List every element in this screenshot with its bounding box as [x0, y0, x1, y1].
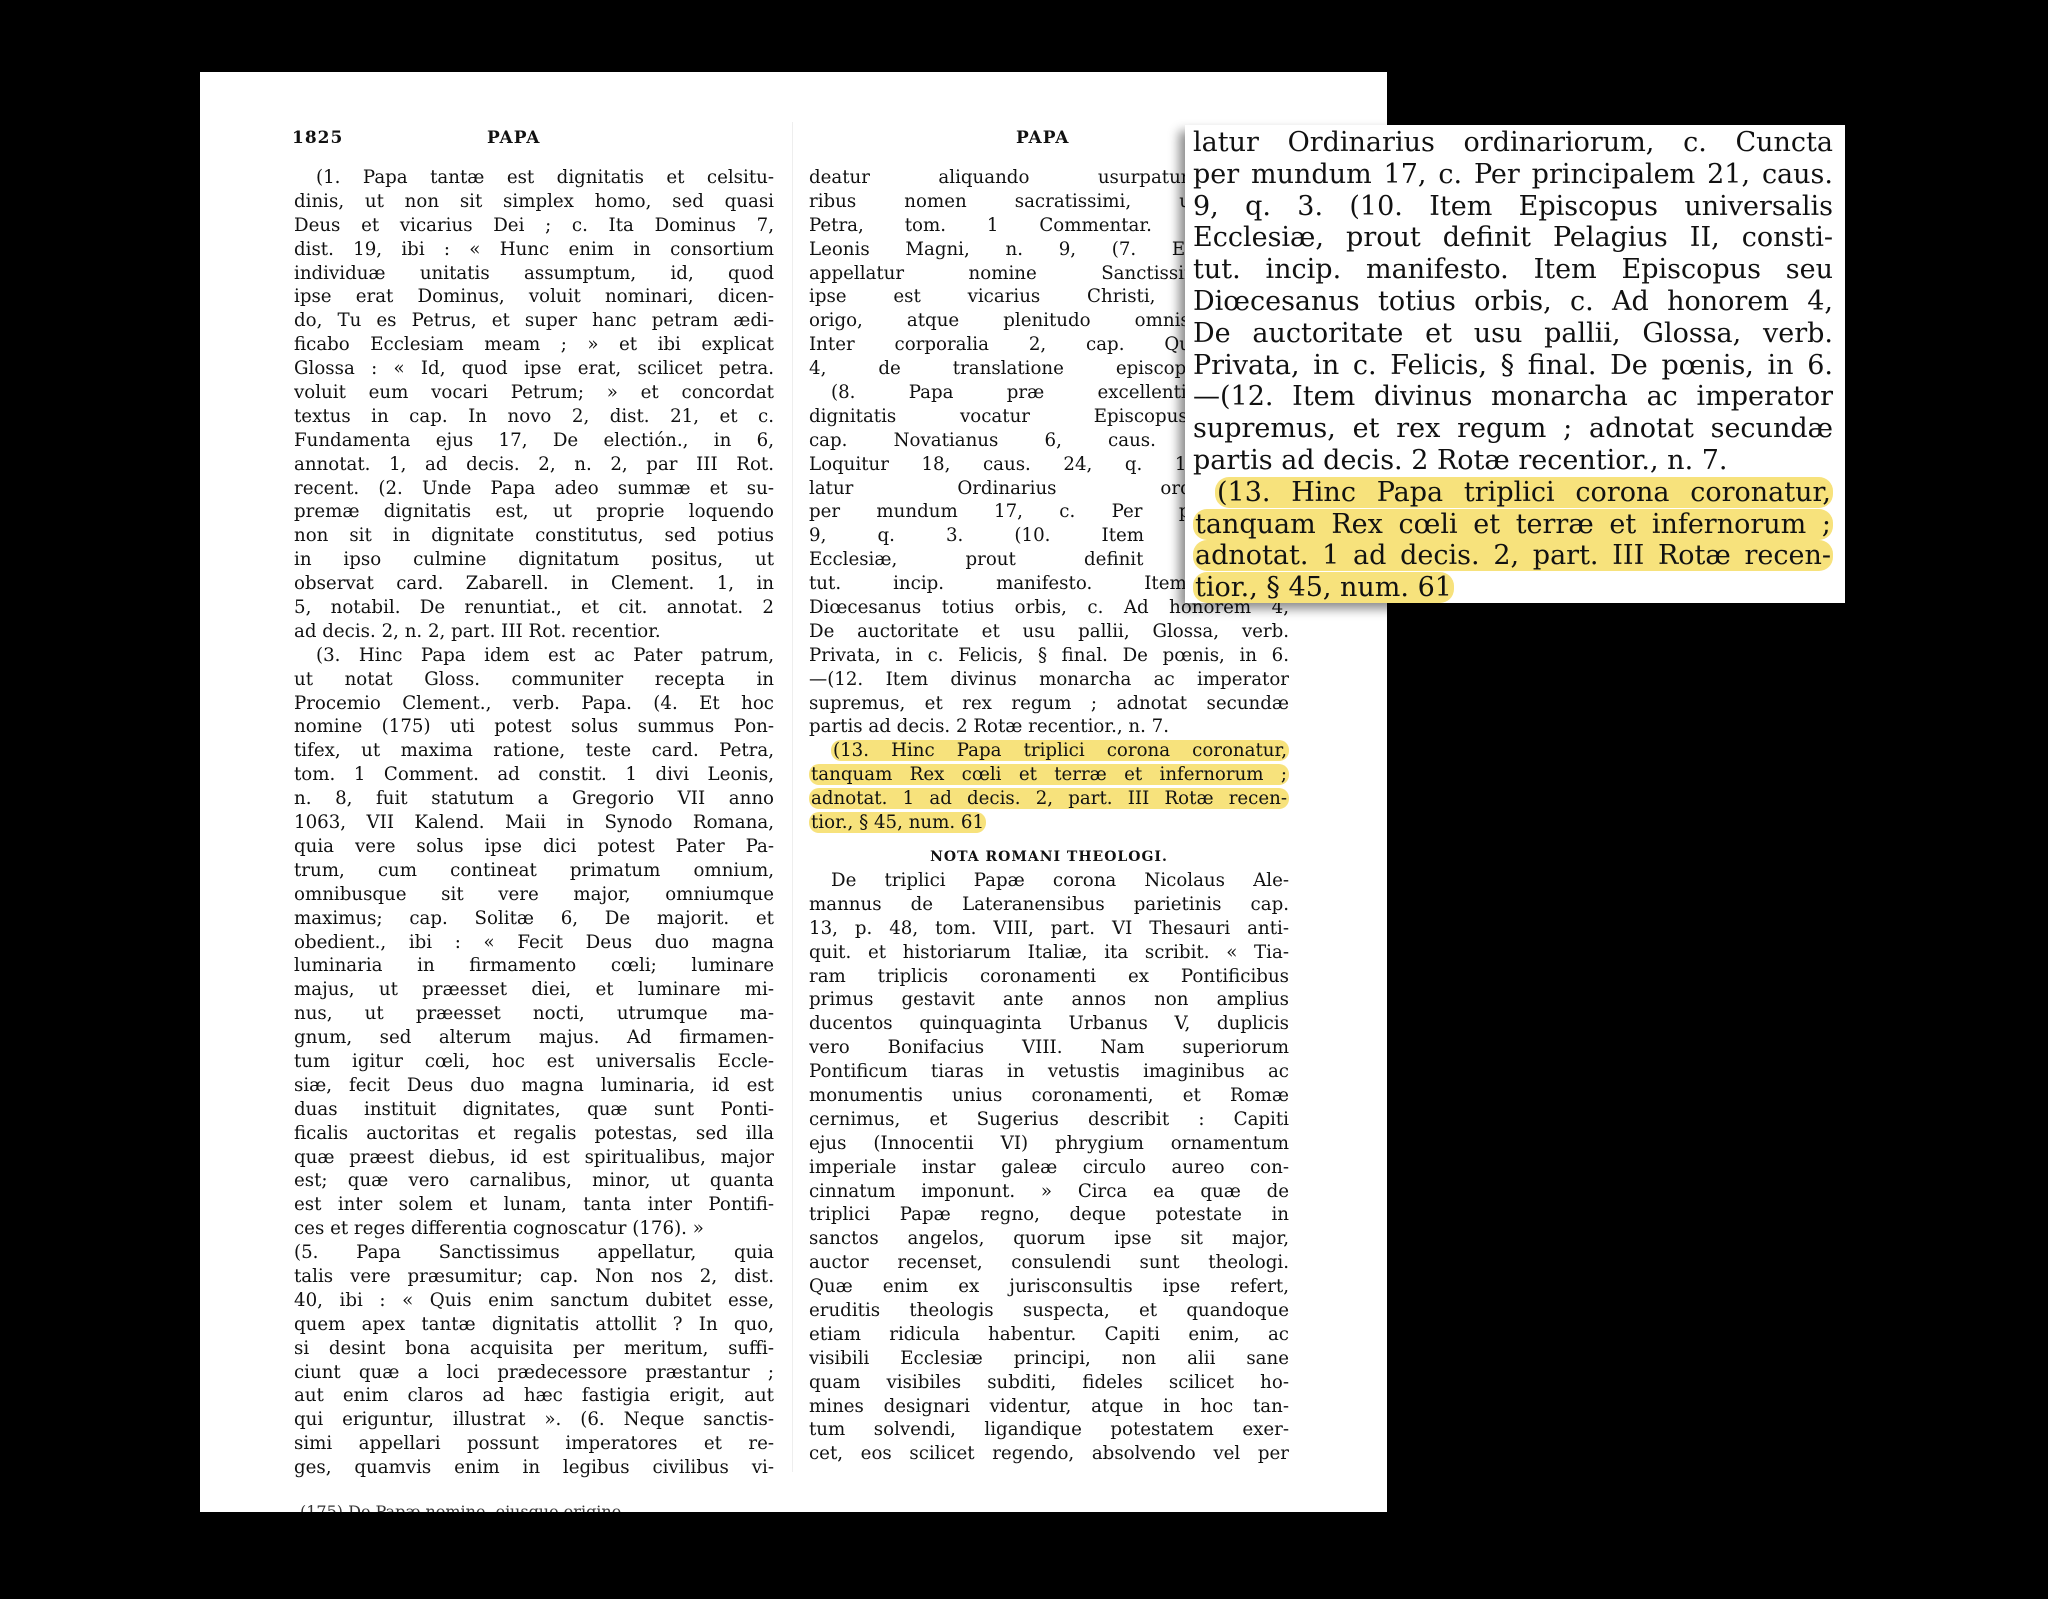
line-text: Privata, in c. Felicis, § final. De pœni… [809, 645, 1289, 666]
left-column-line: qui eriguntur, illustrat ». (6. Neque sa… [294, 1408, 774, 1432]
inset-line: —(12. Item divinus monarcha ac imperator [1193, 381, 1833, 413]
right-column-line: —(12. Item divinus monarcha ac imperator [809, 668, 1289, 692]
left-column-line: siæ, fecit Deus duo magna luminaria, id … [294, 1074, 774, 1098]
inset-line: latur Ordinarius ordinariorum, c. Cuncta [1193, 127, 1833, 159]
left-column-line: nus, ut præesset nocti, utrumque ma- [294, 1002, 774, 1026]
highlighted-text: tanquam Rex cœli et terræ et infernorum … [809, 764, 1289, 785]
left-column-line: recent. (2. Unde Papa adeo summæ et su- [294, 477, 774, 501]
inset-text-lines: latur Ordinarius ordinariorum, c. Cuncta… [1193, 127, 1833, 477]
left-column-line: duas instituit dignitates, quæ sunt Pont… [294, 1098, 774, 1122]
right-column-line: quit. et historiarum Italiæ, ita scribit… [809, 941, 1289, 965]
left-column-line: do, Tu es Petrus, et super hanc petram æ… [294, 309, 774, 333]
left-column-line: dist. 19, ibi : « Hunc enim in consortiu… [294, 238, 774, 262]
left-column-line: quem apex tantæ dignitatis attollit ? In… [294, 1313, 774, 1337]
left-column-line: maximus; cap. Solitæ 6, De majorit. et [294, 907, 774, 931]
left-column-line: annotat. 1, ad decis. 2, n. 2, par III R… [294, 453, 774, 477]
line-text: ces et reges differentia cognoscatur (17… [294, 1218, 704, 1239]
left-column-line: nomine (175) uti potest solus summus Pon… [294, 715, 774, 739]
line-text: sanctos angelos, quorum ipse sit major, [809, 1228, 1289, 1249]
inset-highlighted-passage: (13. Hinc Papa triplici corona coronatur… [1193, 477, 1833, 603]
line-text: ad decis. 2, n. 2, part. III Rot. recent… [294, 621, 661, 642]
line-text: si desint bona acquisita per meritum, su… [294, 1338, 774, 1359]
line-text: nomine (175) uti potest solus summus Pon… [294, 716, 774, 737]
line-text: tum solvendi, ligandique potestatem exer… [809, 1419, 1289, 1440]
section-title: NOTA ROMANI THEOLOGI. [809, 835, 1289, 869]
left-column-line: tom. 1 Comment. ad constit. 1 divi Leoni… [294, 763, 774, 787]
left-column-line: gnum, sed alterum majus. Ad firmamen- [294, 1026, 774, 1050]
left-column-line: est inter solem et lunam, tanta inter Po… [294, 1193, 774, 1217]
line-text: ejus (Innocentii VI) phrygium ornamentum [809, 1133, 1289, 1154]
line-text: aut enim claros ad hæc fastigia erigit, … [294, 1385, 774, 1406]
right-column-line: mines designari videntur, atque in hoc t… [809, 1395, 1289, 1419]
line-text: non sit in dignitate constitutus, sed po… [294, 525, 774, 546]
line-text: ut notat Gloss. communiter recepta in [294, 669, 774, 690]
right-column-line: supremus, et rex regum ; adnotat secundæ [809, 692, 1289, 716]
line-text: dist. 19, ibi : « Hunc enim in consortiu… [294, 239, 774, 260]
right-column-line: etiam ridicula habentur. Capiti enim, ac [809, 1323, 1289, 1347]
line-text: cinnatum imponunt. » Circa ea quæ de [809, 1181, 1289, 1202]
left-column-line: ficabo Ecclesiam meam ; » et ibi explica… [294, 333, 774, 357]
left-column: (1. Papa tantæ est dignitatis et celsitu… [294, 166, 774, 1480]
line-text: est inter solem et lunam, tanta inter Po… [294, 1194, 774, 1215]
left-column-line: est; quæ vero carnalibus, minor, ut quan… [294, 1169, 774, 1193]
inset-line: Ecclesiæ, prout definit Pelagius II, con… [1193, 222, 1833, 254]
line-text: ram triplicis coronamenti ex Pontificibu… [809, 966, 1289, 987]
line-text: supremus, et rex regum ; adnotat secundæ [1193, 413, 1833, 444]
left-column-line: voluit eum vocari Petrum; » et concordat [294, 381, 774, 405]
line-text: partis ad decis. 2 Rotæ recentior., n. 7… [809, 716, 1169, 737]
highlighted-line: (13. Hinc Papa triplici corona coronatur… [809, 739, 1289, 763]
left-column-line: quia vere solus ipse dici potest Pater P… [294, 835, 774, 859]
left-column-line: (3. Hinc Papa idem est ac Pater patrum, [294, 644, 774, 668]
line-text: in ipso culmine dignitatum positus, ut [294, 549, 774, 570]
line-text: simi appellari possunt imperatores et re… [294, 1433, 774, 1454]
highlighted-passage: (13. Hinc Papa triplici corona coronatur… [809, 739, 1289, 835]
inset-highlighted-line: adnotat. 1 ad decis. 2, part. III Rotæ r… [1193, 540, 1833, 572]
left-column-line: Glossa : « Id, quod ipse erat, scilicet … [294, 357, 774, 381]
left-column-line: individuæ unitatis assumptum, id, quod [294, 262, 774, 286]
left-column-line: 1063, VII Kalend. Maii in Synodo Romana, [294, 811, 774, 835]
right-column-line: primus gestavit ante annos non amplius [809, 988, 1289, 1012]
line-text: —(12. Item divinus monarcha ac imperator [809, 669, 1289, 690]
highlighted-line: adnotat. 1 ad decis. 2, part. III Rotæ r… [809, 787, 1289, 811]
line-text: ipse erat Dominus, voluit nominari, dice… [294, 286, 774, 307]
right-column-line: auctor recenset, consulendi sunt theolog… [809, 1251, 1289, 1275]
line-text: ficalis auctoritas et regalis potestas, … [294, 1123, 774, 1144]
right-column-line: De auctoritate et usu pallii, Glossa, ve… [809, 620, 1289, 644]
left-column-line: obedient., ibi : « Fecit Deus duo magna [294, 931, 774, 955]
left-column-line: majus, ut præesset diei, et luminare mi- [294, 978, 774, 1002]
footnote-cut-off: (175) De Papæ nomine, ejusque origine ..… [300, 1502, 642, 1512]
highlighted-line: tanquam Rex cœli et terræ et infernorum … [809, 763, 1289, 787]
line-text: De triplici Papæ corona Nicolaus Ale- [831, 870, 1289, 891]
right-column-line: Quæ enim ex jurisconsultis ipse refert, [809, 1275, 1289, 1299]
line-text: obedient., ibi : « Fecit Deus duo magna [294, 932, 774, 953]
left-column-line: trum, cum contineat primatum omnium, [294, 859, 774, 883]
line-text: ducentos quinquaginta Urbanus V, duplici… [809, 1013, 1289, 1034]
left-column-line: talis vere præsumitur; cap. Non nos 2, d… [294, 1265, 774, 1289]
line-text: mannus de Lateranensibus parietinis cap. [809, 894, 1289, 915]
inset-line: 9, q. 3. (10. Item Episcopus universalis [1193, 191, 1833, 223]
running-head-right: PAPA [1016, 128, 1069, 148]
inset-text: latur Ordinarius ordinariorum, c. Cuncta… [1193, 127, 1833, 603]
line-text: primus gestavit ante annos non amplius [809, 989, 1289, 1010]
line-text: talis vere præsumitur; cap. Non nos 2, d… [294, 1266, 774, 1287]
line-text: annotat. 1, ad decis. 2, n. 2, par III R… [294, 454, 774, 475]
right-column-line: imperiale instar galeæ circulo aureo con… [809, 1156, 1289, 1180]
right-column-line: triplici Papæ regno, deque potestate in [809, 1203, 1289, 1227]
line-text: observat card. Zabarell. in Clement. 1, … [294, 573, 774, 594]
line-text: quæ præest diebus, id est spiritualibus,… [294, 1147, 774, 1168]
line-text: Diœcesanus totius orbis, c. Ad honorem 4… [1193, 286, 1833, 317]
highlighted-text: (13. Hinc Papa triplici corona coronatur… [831, 740, 1289, 761]
left-column-line: ficalis auctoritas et regalis potestas, … [294, 1122, 774, 1146]
inset-highlighted-line: tanquam Rex cœli et terræ et infernorum … [1193, 509, 1833, 541]
line-text: tifex, ut maxima ratione, teste card. Pe… [294, 740, 774, 761]
line-text: 9, q. 3. (10. Item Episcopus universalis [1193, 191, 1833, 222]
highlighted-text: tanquam Rex cœli et terræ et infernorum … [1193, 509, 1833, 540]
left-column-line: ad decis. 2, n. 2, part. III Rot. recent… [294, 620, 774, 644]
left-column-line: ciunt quæ a loci prædecessore præstantur… [294, 1361, 774, 1385]
right-column-line: ejus (Innocentii VI) phrygium ornamentum [809, 1132, 1289, 1156]
left-column-line: luminaria in firmamento cœli; luminare [294, 954, 774, 978]
left-column-line: ut notat Gloss. communiter recepta in [294, 668, 774, 692]
right-column-line: quam visibiles subditi, fideles scilicet… [809, 1371, 1289, 1395]
right-column-line: ducentos quinquaginta Urbanus V, duplici… [809, 1012, 1289, 1036]
right-column-line: Privata, in c. Felicis, § final. De pœni… [809, 644, 1289, 668]
left-column-line: n. 8, fuit statutum a Gregorio VII anno [294, 787, 774, 811]
line-text: ficabo Ecclesiam meam ; » et ibi explica… [294, 334, 774, 355]
line-text: De auctoritate et usu pallii, Glossa, ve… [1193, 318, 1833, 349]
line-text: nus, ut præesset nocti, utrumque ma- [294, 1003, 774, 1024]
line-text: do, Tu es Petrus, et super hanc petram æ… [294, 310, 774, 331]
line-text: auctor recenset, consulendi sunt theolog… [809, 1252, 1289, 1273]
line-text: Privata, in c. Felicis, § final. De pœni… [1193, 350, 1833, 381]
right-column-line: Pontificum tiaras in vetustis imaginibus… [809, 1060, 1289, 1084]
right-column-line: ram triplicis coronamenti ex Pontificibu… [809, 965, 1289, 989]
line-text: 40, ibi : « Quis enim sanctum dubitet es… [294, 1290, 774, 1311]
line-text: omnibusque sit vere major, omniumque [294, 884, 774, 905]
line-text: trum, cum contineat primatum omnium, [294, 860, 774, 881]
right-column-line: visibili Ecclesiæ principi, non alii san… [809, 1347, 1289, 1371]
line-text: visibili Ecclesiæ principi, non alii san… [809, 1348, 1289, 1369]
line-text: imperiale instar galeæ circulo aureo con… [809, 1157, 1289, 1178]
left-column-line: non sit in dignitate constitutus, sed po… [294, 524, 774, 548]
line-text: Pontificum tiaras in vetustis imaginibus… [809, 1061, 1289, 1082]
inset-highlighted-line: (13. Hinc Papa triplici corona coronatur… [1193, 477, 1833, 509]
highlighted-text: adnotat. 1 ad decis. 2, part. III Rotæ r… [1193, 540, 1833, 571]
line-text: Fundamenta ejus 17, De electión., in 6, [294, 430, 774, 451]
line-text: quia vere solus ipse dici potest Pater P… [294, 836, 774, 857]
line-text: tum igitur cœli, hoc est universalis Ecc… [294, 1051, 774, 1072]
line-text: qui eriguntur, illustrat ». (6. Neque sa… [294, 1409, 774, 1430]
left-column-line: (5. Papa Sanctissimus appellatur, quia [294, 1241, 774, 1265]
right-column-line: cet, eos scilicet regendo, absolvendo ve… [809, 1442, 1289, 1466]
highlighted-text: tior., § 45, num. 61 [809, 812, 986, 833]
line-text: Glossa : « Id, quod ipse erat, scilicet … [294, 358, 774, 379]
left-column-line: dinis, ut non sit simplex homo, sed quas… [294, 190, 774, 214]
line-text: quam visibiles subditi, fideles scilicet… [809, 1372, 1289, 1393]
line-text: voluit eum vocari Petrum; » et concordat [294, 382, 774, 403]
left-column-line: Deus et vicarius Dei ; c. Ita Dominus 7, [294, 214, 774, 238]
line-text: (1. Papa tantæ est dignitatis et celsitu… [316, 167, 774, 188]
inset-highlighted-line: tior., § 45, num. 61 [1193, 572, 1833, 603]
line-text: premæ dignitatis est, ut proprie loquend… [294, 501, 774, 522]
line-text: 13, p. 48, tom. VIII, part. VI Thesauri … [809, 918, 1289, 939]
line-text: duas instituit dignitates, quæ sunt Pont… [294, 1099, 774, 1120]
line-text: supremus, et rex regum ; adnotat secundæ [809, 693, 1289, 714]
left-column-line: premæ dignitatis est, ut proprie loquend… [294, 500, 774, 524]
right-column-line: vero Bonifacius VIII. Nam superiorum [809, 1036, 1289, 1060]
line-text: siæ, fecit Deus duo magna luminaria, id … [294, 1075, 774, 1096]
line-text: tom. 1 Comment. ad constit. 1 divi Leoni… [294, 764, 774, 785]
line-text: maximus; cap. Solitæ 6, De majorit. et [294, 908, 774, 929]
right-column-line: cernimus, et Sugerius describit : Capiti [809, 1108, 1289, 1132]
line-text: etiam ridicula habentur. Capiti enim, ac [809, 1324, 1289, 1345]
line-text: vero Bonifacius VIII. Nam superiorum [809, 1037, 1289, 1058]
line-text: luminaria in firmamento cœli; luminare [294, 955, 774, 976]
line-text: ges, quamvis enim in legibus civilibus v… [294, 1457, 774, 1478]
line-text: partis ad decis. 2 Rotæ recentior., n. 7… [1193, 445, 1728, 476]
inset-line: Diœcesanus totius orbis, c. Ad honorem 4… [1193, 286, 1833, 318]
left-column-line: (1. Papa tantæ est dignitatis et celsitu… [294, 166, 774, 190]
line-text: monumentis unius coronamenti, et Romæ [809, 1085, 1289, 1106]
running-head-left: PAPA [487, 128, 540, 148]
line-text: 1063, VII Kalend. Maii in Synodo Romana, [294, 812, 774, 833]
right-column-text-after: De triplici Papæ corona Nicolaus Ale-man… [809, 869, 1289, 1466]
left-column-line: 5, notabil. De renuntiat., et cit. annot… [294, 596, 774, 620]
line-text: quem apex tantæ dignitatis attollit ? In… [294, 1314, 774, 1335]
right-column-line: tum solvendi, ligandique potestatem exer… [809, 1418, 1289, 1442]
highlighted-text: adnotat. 1 ad decis. 2, part. III Rotæ r… [809, 788, 1289, 809]
right-column-line: monumentis unius coronamenti, et Romæ [809, 1084, 1289, 1108]
left-column-line: tum igitur cœli, hoc est universalis Ecc… [294, 1050, 774, 1074]
left-column-line: quæ præest diebus, id est spiritualibus,… [294, 1146, 774, 1170]
left-column-line: si desint bona acquisita per meritum, su… [294, 1337, 774, 1361]
line-text: est; quæ vero carnalibus, minor, ut quan… [294, 1170, 774, 1191]
line-text: latur Ordinarius ordinariorum, c. Cuncta [1193, 127, 1833, 158]
left-column-line: tifex, ut maxima ratione, teste card. Pe… [294, 739, 774, 763]
right-column-line: eruditis theologis suspecta, et quandoqu… [809, 1299, 1289, 1323]
inset-line: per mundum 17, c. Per principalem 21, ca… [1193, 159, 1833, 191]
inset-line: partis ad decis. 2 Rotæ recentior., n. 7… [1193, 445, 1833, 477]
line-text: cernimus, et Sugerius describit : Capiti [809, 1109, 1289, 1130]
line-text: Ecclesiæ, prout definit Pelagius II, con… [1193, 222, 1833, 253]
right-column-line: cinnatum imponunt. » Circa ea quæ de [809, 1180, 1289, 1204]
line-text: —(12. Item divinus monarcha ac imperator [1193, 381, 1833, 412]
line-text: cet, eos scilicet regendo, absolvendo ve… [809, 1443, 1289, 1464]
line-text: individuæ unitatis assumptum, id, quod [294, 263, 774, 284]
left-column-line: simi appellari possunt imperatores et re… [294, 1432, 774, 1456]
line-text: quit. et historiarum Italiæ, ita scribit… [809, 942, 1289, 963]
left-column-line: Procemio Clement., verb. Papa. (4. Et ho… [294, 692, 774, 716]
left-column-line: omnibusque sit vere major, omniumque [294, 883, 774, 907]
highlighted-line: tior., § 45, num. 61 [809, 811, 1289, 835]
zoom-inset-panel: latur Ordinarius ordinariorum, c. Cuncta… [1185, 125, 1845, 603]
left-column-line: textus in cap. In novo 2, dist. 21, et c… [294, 405, 774, 429]
right-column-line: mannus de Lateranensibus parietinis cap. [809, 893, 1289, 917]
column-divider [792, 122, 793, 1472]
left-column-line: 40, ibi : « Quis enim sanctum dubitet es… [294, 1289, 774, 1313]
line-text: ciunt quæ a loci prædecessore præstantur… [294, 1362, 774, 1383]
right-column-line: De triplici Papæ corona Nicolaus Ale- [809, 869, 1289, 893]
left-column-line: ges, quamvis enim in legibus civilibus v… [294, 1456, 774, 1480]
inset-line: De auctoritate et usu pallii, Glossa, ve… [1193, 318, 1833, 350]
line-text: De auctoritate et usu pallii, Glossa, ve… [809, 621, 1289, 642]
line-text: textus in cap. In novo 2, dist. 21, et c… [294, 406, 774, 427]
line-text: majus, ut præesset diei, et luminare mi- [294, 979, 774, 1000]
line-text: gnum, sed alterum majus. Ad firmamen- [294, 1027, 774, 1048]
left-column-line: Fundamenta ejus 17, De electión., in 6, [294, 429, 774, 453]
inset-line: supremus, et rex regum ; adnotat secundæ [1193, 413, 1833, 445]
page-number: 1825 [292, 128, 343, 148]
line-text: tut. incip. manifesto. Item Episcopus se… [1193, 254, 1833, 285]
line-text: recent. (2. Unde Papa adeo summæ et su- [294, 478, 774, 499]
line-text: (5. Papa Sanctissimus appellatur, quia [294, 1242, 774, 1263]
right-column-line: partis ad decis. 2 Rotæ recentior., n. 7… [809, 715, 1289, 739]
left-column-line: ipse erat Dominus, voluit nominari, dice… [294, 285, 774, 309]
line-text: Quæ enim ex jurisconsultis ipse refert, [809, 1276, 1289, 1297]
inset-line: tut. incip. manifesto. Item Episcopus se… [1193, 254, 1833, 286]
inset-line: Privata, in c. Felicis, § final. De pœni… [1193, 350, 1833, 382]
right-column-line: sanctos angelos, quorum ipse sit major, [809, 1227, 1289, 1251]
line-text: Procemio Clement., verb. Papa. (4. Et ho… [294, 693, 774, 714]
highlighted-text: tior., § 45, num. 61 [1193, 572, 1454, 603]
right-column-line: 13, p. 48, tom. VIII, part. VI Thesauri … [809, 917, 1289, 941]
left-column-line: aut enim claros ad hæc fastigia erigit, … [294, 1384, 774, 1408]
highlighted-text: (13. Hinc Papa triplici corona coronatur… [1215, 477, 1833, 508]
line-text: eruditis theologis suspecta, et quandoqu… [809, 1300, 1289, 1321]
line-text: n. 8, fuit statutum a Gregorio VII anno [294, 788, 774, 809]
left-column-line: observat card. Zabarell. in Clement. 1, … [294, 572, 774, 596]
line-text: mines designari videntur, atque in hoc t… [809, 1396, 1289, 1417]
line-text: per mundum 17, c. Per principalem 21, ca… [1193, 159, 1833, 190]
line-text: Deus et vicarius Dei ; c. Ita Dominus 7, [294, 215, 774, 236]
line-text: dinis, ut non sit simplex homo, sed quas… [294, 191, 774, 212]
line-text: (3. Hinc Papa idem est ac Pater patrum, [316, 645, 774, 666]
line-text: 5, notabil. De renuntiat., et cit. annot… [294, 597, 774, 618]
line-text: triplici Papæ regno, deque potestate in [809, 1204, 1289, 1225]
left-column-line: in ipso culmine dignitatum positus, ut [294, 548, 774, 572]
left-column-line: ces et reges differentia cognoscatur (17… [294, 1217, 774, 1241]
